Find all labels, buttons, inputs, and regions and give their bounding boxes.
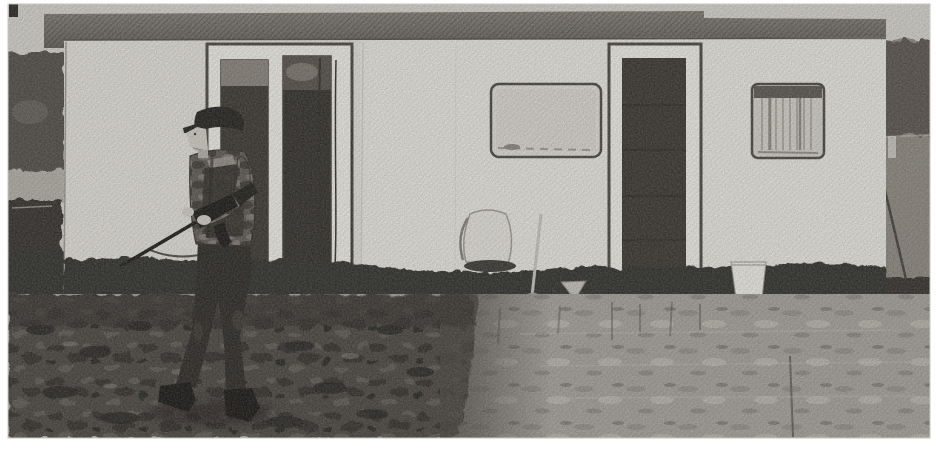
- halftone-hatch: [8, 4, 930, 438]
- photograph: [0, 0, 936, 453]
- newspaper-photo-page: [0, 0, 936, 453]
